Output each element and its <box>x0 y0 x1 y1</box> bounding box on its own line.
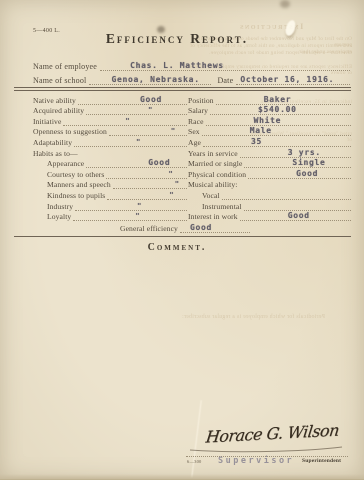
field-row: Kindness to pupils" <box>33 189 187 200</box>
dotted-leader: Good <box>86 158 187 168</box>
general-efficiency-row: General efficiency Good <box>120 221 270 233</box>
field-label: Age <box>188 138 203 147</box>
section-rule <box>14 236 351 237</box>
field-label: Sex <box>188 127 202 136</box>
dotted-leader: Good <box>78 95 187 105</box>
comment-heading: Comment. <box>0 242 354 253</box>
dotted-leader <box>222 190 351 200</box>
field-row: Instrumental <box>188 200 351 211</box>
dotted-leader: " <box>75 201 187 211</box>
school-date-row: Name of school Genoa, Nebraska. Date Oct… <box>33 72 350 85</box>
field-row: Industry" <box>33 200 187 211</box>
print-code: 6—300 <box>187 459 202 464</box>
field-label: Vocal <box>202 191 222 200</box>
date-label: Date <box>211 76 236 85</box>
general-efficiency-label: General efficiency <box>120 224 180 233</box>
typed-value: " <box>171 127 176 135</box>
typed-value: 3 yrs. <box>288 148 321 157</box>
dotted-leader: White <box>206 116 351 126</box>
typed-value: " <box>137 202 142 210</box>
bleedthrough-line: direction—a separate report being made f… <box>182 50 352 56</box>
field-row: Age35 <box>188 136 351 147</box>
fields-col-left: Native abilityGoodAcquired ability"Initi… <box>33 94 187 221</box>
field-label: Openness to suggestion <box>33 127 109 136</box>
field-row: Habits as to— <box>33 147 187 158</box>
field-label: Courtesy to others <box>47 170 106 179</box>
field-label: Loyalty <box>47 212 73 221</box>
dotted-leader: " <box>86 105 187 115</box>
double-rule <box>14 87 351 91</box>
field-label: Initiative <box>33 117 63 126</box>
field-row: Initiative" <box>33 115 187 126</box>
field-label: Manners and speech <box>47 180 113 189</box>
field-label: Physical condition <box>188 170 248 179</box>
dotted-leader: $540.00 <box>210 105 351 115</box>
employee-name-value: Chas. L. Matthews <box>130 61 224 70</box>
field-row: Adaptability" <box>33 136 187 147</box>
dotted-leader: 3 yrs. <box>240 148 351 158</box>
dotted-leader: " <box>113 179 187 189</box>
employee-name-label: Name of employee <box>33 62 100 71</box>
typed-role: Supervisor <box>218 456 294 466</box>
dotted-leader <box>244 201 351 211</box>
field-row: Salary$540.00 <box>188 105 351 116</box>
dotted-leader: " <box>63 116 187 126</box>
typed-value: " <box>169 191 174 199</box>
typed-value: " <box>168 170 173 178</box>
dotted-leader: " <box>109 126 187 136</box>
field-row: Openness to suggestion" <box>33 126 187 137</box>
field-row: Married or singleSingle <box>188 158 351 169</box>
field-label: Years in service <box>188 149 240 158</box>
field-row: Courtesy to others" <box>33 168 187 179</box>
typed-value: Baker <box>264 95 292 104</box>
dotted-leader: " <box>74 137 187 147</box>
scanned-efficiency-report: Instructions On the first of May and Nov… <box>0 0 364 480</box>
typed-value: Good <box>296 169 318 178</box>
paper-crease-mark <box>280 0 290 8</box>
bleedthrough-heading: Instructions <box>206 23 336 29</box>
field-label: Instrumental <box>202 202 244 211</box>
field-label: Married or single <box>188 159 244 168</box>
dotted-leader: Good <box>180 220 250 233</box>
typed-value: " <box>136 138 141 146</box>
dotted-leader: " <box>106 169 187 179</box>
field-row: Musical ability: <box>188 179 351 190</box>
field-label: Appearance <box>47 159 86 168</box>
typed-value: " <box>175 180 180 188</box>
field-row: Loyalty" <box>33 211 187 222</box>
dotted-leader: Single <box>244 158 351 168</box>
dotted-leader: Baker <box>216 95 351 105</box>
dotted-leader: Good <box>240 211 351 221</box>
typed-value: 35 <box>251 137 262 146</box>
dotted-leader: October 16, 1916. <box>236 72 350 85</box>
typed-value: Good <box>148 158 170 167</box>
field-label: Habits as to— <box>33 149 80 158</box>
field-row: Vocal <box>188 189 351 200</box>
field-label: Kindness to pupils <box>47 191 107 200</box>
dotted-leader: " <box>73 211 187 221</box>
fields-col-right: PositionBakerSalary$540.00RaceWhiteSexMa… <box>188 94 351 221</box>
paper-bottom-edge <box>0 474 364 480</box>
typed-value: " <box>148 106 153 114</box>
field-row: Acquired ability" <box>33 105 187 116</box>
typed-value: White <box>254 116 282 125</box>
field-label: Acquired ability <box>33 106 86 115</box>
field-label: Industry <box>47 202 75 211</box>
field-label: Adaptability <box>33 138 74 147</box>
typed-value: Single <box>292 158 325 167</box>
dotted-leader: 35 <box>203 137 351 147</box>
dotted-leader: " <box>107 190 187 200</box>
field-label: Musical ability: <box>188 180 239 189</box>
typed-value: " <box>125 117 130 125</box>
typed-value: Good <box>140 95 162 104</box>
field-label: Race <box>188 117 206 126</box>
field-row: PositionBaker <box>188 94 351 105</box>
typed-value: " <box>135 212 140 220</box>
typed-value: $540.00 <box>258 105 297 114</box>
bleedthrough-line: Periodicals for which employee is a regu… <box>137 314 325 320</box>
field-row: Years in service3 yrs. <box>188 147 351 158</box>
field-row: Native abilityGood <box>33 94 187 105</box>
dotted-leader: Male <box>202 126 351 136</box>
typed-value: Good <box>288 211 310 220</box>
field-label: Native ability <box>33 96 78 105</box>
printed-role: Superintendent <box>302 458 341 464</box>
dotted-leader: Good <box>248 169 351 179</box>
typed-value: Male <box>250 126 272 135</box>
school-value: Genoa, Nebraska. <box>111 75 199 84</box>
dotted-leader: Chas. L. Matthews <box>100 58 350 71</box>
employee-name-row: Name of employee Chas. L. Matthews <box>33 58 350 71</box>
field-row: AppearanceGood <box>33 158 187 169</box>
general-efficiency-value: Good <box>190 223 212 232</box>
field-row: RaceWhite <box>188 115 351 126</box>
date-value: October 16, 1916. <box>240 75 334 84</box>
school-label: Name of school <box>33 76 89 85</box>
field-label: Position <box>188 96 216 105</box>
page-title: Efficiency Report. <box>0 31 354 47</box>
dotted-leader: Genoa, Nebraska. <box>89 72 211 85</box>
field-label: Salary <box>188 106 210 115</box>
field-row: Manners and speech" <box>33 179 187 190</box>
field-row: Physical conditionGood <box>188 168 351 179</box>
field-row: SexMale <box>188 126 351 137</box>
